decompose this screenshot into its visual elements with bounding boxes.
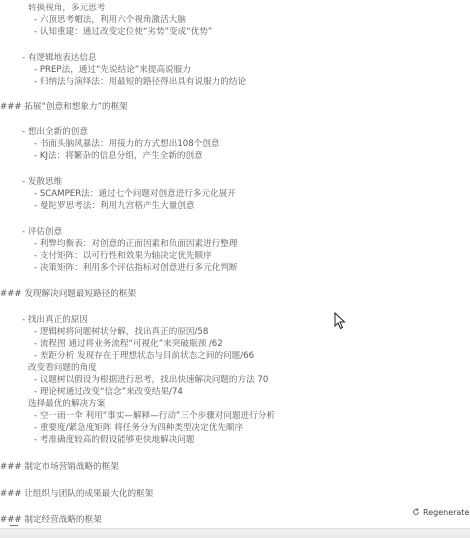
list-item: - PREP法，通过“先说结论”来提高说服力 bbox=[0, 64, 191, 76]
section-heading: ### 让组织与团队的成果最大化的框架 bbox=[0, 488, 153, 500]
list-item: - 流程图 通过将业务流程“可视化”来突破瓶颈 /62 bbox=[0, 338, 223, 350]
markdown-document: 转换视角，多元思考- 六顶思考帽法，利用六个视角激活大脑- 认知重建：通过改变定… bbox=[0, 0, 470, 530]
list-item: - 想出全新的创意 bbox=[0, 126, 88, 138]
list-item: - 决策矩阵：利用多个评估指标对创意进行多元化判断 bbox=[0, 262, 238, 274]
list-item: - 支付矩阵：以可行性和效果为轴决定优先顺序 bbox=[0, 250, 212, 262]
list-item: - 六顶思考帽法，利用六个视角激活大脑 bbox=[0, 14, 186, 26]
section-heading: ### 制定市场营销战略的框架 bbox=[0, 461, 119, 473]
list-item: - 发散思维 bbox=[0, 176, 62, 188]
text-caret bbox=[10, 525, 18, 526]
list-item: - 利弊均衡表：对创意的正面因素和负面因素进行整理 bbox=[0, 238, 238, 250]
top-fade bbox=[0, 0, 470, 6]
list-item: - 逻辑树将问题树状分解，找出真正的原因/58 bbox=[0, 326, 208, 338]
list-item: - 考准确度较高的假设能够更快地解决问题 bbox=[0, 434, 195, 446]
list-item: - SCAMPER法：通过七个问题对创意进行多元化展开 bbox=[0, 188, 236, 200]
refresh-icon bbox=[412, 508, 420, 516]
list-item: - 重要度/紧急度矩阵 将任务分为四种类型决定优先顺序 bbox=[0, 422, 243, 434]
list-item: - 理论树通过改变“信念”来改变结果/74 bbox=[0, 386, 183, 398]
list-item: - 书面头脑风暴法：用接力的方式想出108个创意 bbox=[0, 138, 220, 150]
regenerate-label: Regenerate bbox=[423, 508, 469, 517]
list-item: - 议题树以假设为根据进行思考，找出快速解决问题的方法 70 bbox=[0, 374, 268, 386]
list-item: - 差距分析 发现存在于理想状态与目前状态之间的问题/66 bbox=[0, 350, 254, 362]
section-heading: ### 拓展“创意和想象力”的框架 bbox=[0, 101, 128, 113]
regenerate-button[interactable]: Regenerate bbox=[412, 505, 469, 519]
section-heading: ### 发现解决问题最短路径的框架 bbox=[0, 288, 136, 300]
list-item: 改变看问题的角度 bbox=[0, 362, 97, 374]
list-item: - 有逻辑地表达信息 bbox=[0, 52, 97, 64]
list-item: - 曼陀罗思考法：利用九宫格产生大量创意 bbox=[0, 200, 195, 212]
list-item: - 认知重建：通过改变定位使“劣势”变成“优势” bbox=[0, 26, 212, 38]
list-item: 选择最优的解决方案 bbox=[0, 398, 105, 410]
list-item: - KJ法：将繁杂的信息分组，产生全新的创意 bbox=[0, 150, 203, 162]
list-item: - 找出真正的原因 bbox=[0, 314, 88, 326]
list-item: - 归纳法与演绎法：用最短的路径得出具有说服力的结论 bbox=[0, 76, 246, 88]
mouse-pointer-icon bbox=[334, 312, 346, 330]
list-item: - 空一雨一伞 利用“事实—解释—行动”三个步骤对问题进行分析 bbox=[0, 410, 275, 422]
bottom-bar bbox=[0, 528, 470, 538]
list-item: - 评估创意 bbox=[0, 226, 62, 238]
